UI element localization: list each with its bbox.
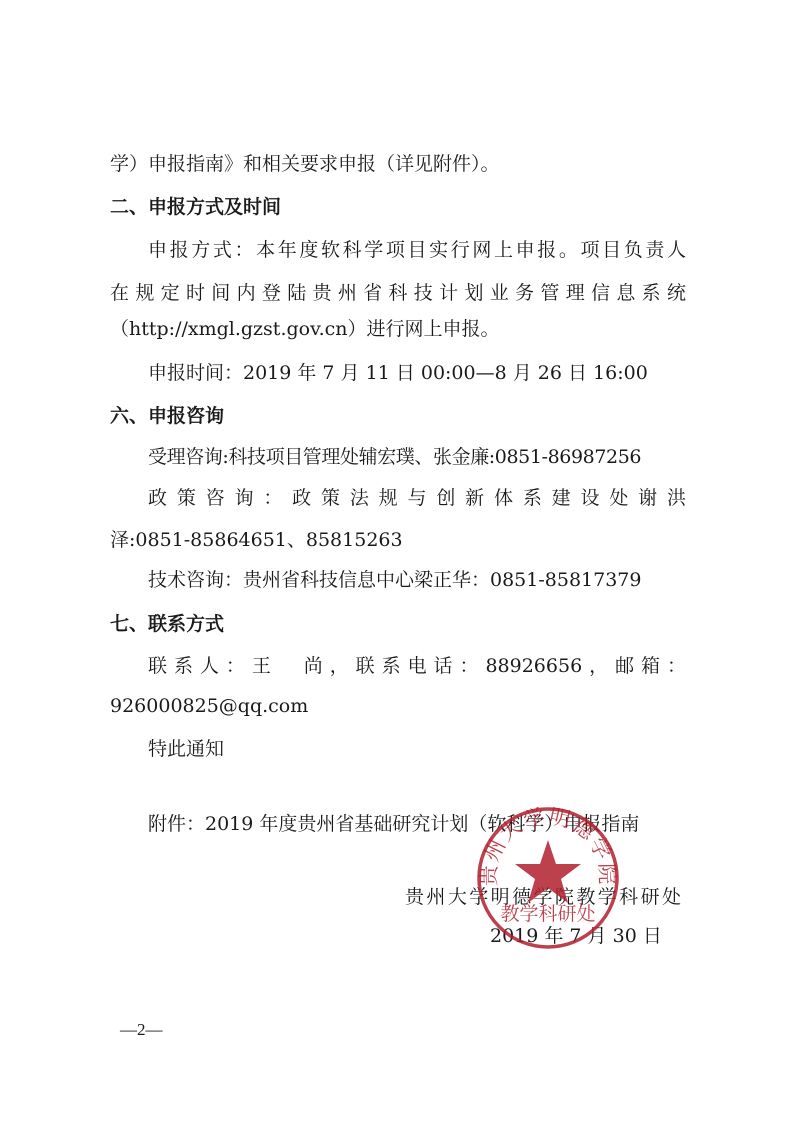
paragraph-line: 泽:0851-85864651、85815263: [110, 528, 403, 552]
paragraph-line: 受理咨询:科技项目管理处辅宏璞、张金廉:0851-86987256: [148, 445, 641, 469]
signature-organization: 贵州大学明德学院教学科研处: [405, 885, 681, 909]
email-text: 926000825@qq.com: [110, 694, 308, 718]
closing-text: 特此通知: [148, 737, 224, 761]
paragraph-line: 技术咨询：贵州省科技信息中心梁正华：0851-85817379: [148, 568, 641, 592]
section-heading-application-method: 二、申报方式及时间: [110, 195, 281, 219]
paragraph-line: 学）申报指南》和相关要求申报（详见附件）。: [110, 152, 500, 176]
paragraph-line: （http://xmgl.gzst.gov.cn）进行网上申报。: [110, 317, 499, 341]
paragraph-line: 在规定时间内登陆贵州省科技计划业务管理信息系统: [110, 281, 686, 305]
section-heading-consultation: 六、申报咨询: [110, 404, 224, 428]
paragraph-line: 联系人：王 尚，联系电话：88926656，邮箱：: [148, 654, 686, 678]
signature-date: 2019 年 7 月 30 日: [490, 924, 662, 948]
paragraph-line: 政策咨询：政策法规与创新体系建设处谢洪: [148, 486, 686, 510]
paragraph-line: 申报时间：2019 年 7 月 11 日 00:00—8 月 26 日 16:0…: [148, 361, 648, 385]
attachment-line: 附件：2019 年度贵州省基础研究计划（软科学）申报指南: [148, 812, 639, 836]
paragraph-line: 申报方式：本年度软科学项目实行网上申报。项目负责人: [148, 238, 686, 262]
page-number: —2—: [120, 1020, 163, 1040]
section-heading-contact: 七、联系方式: [110, 612, 224, 636]
